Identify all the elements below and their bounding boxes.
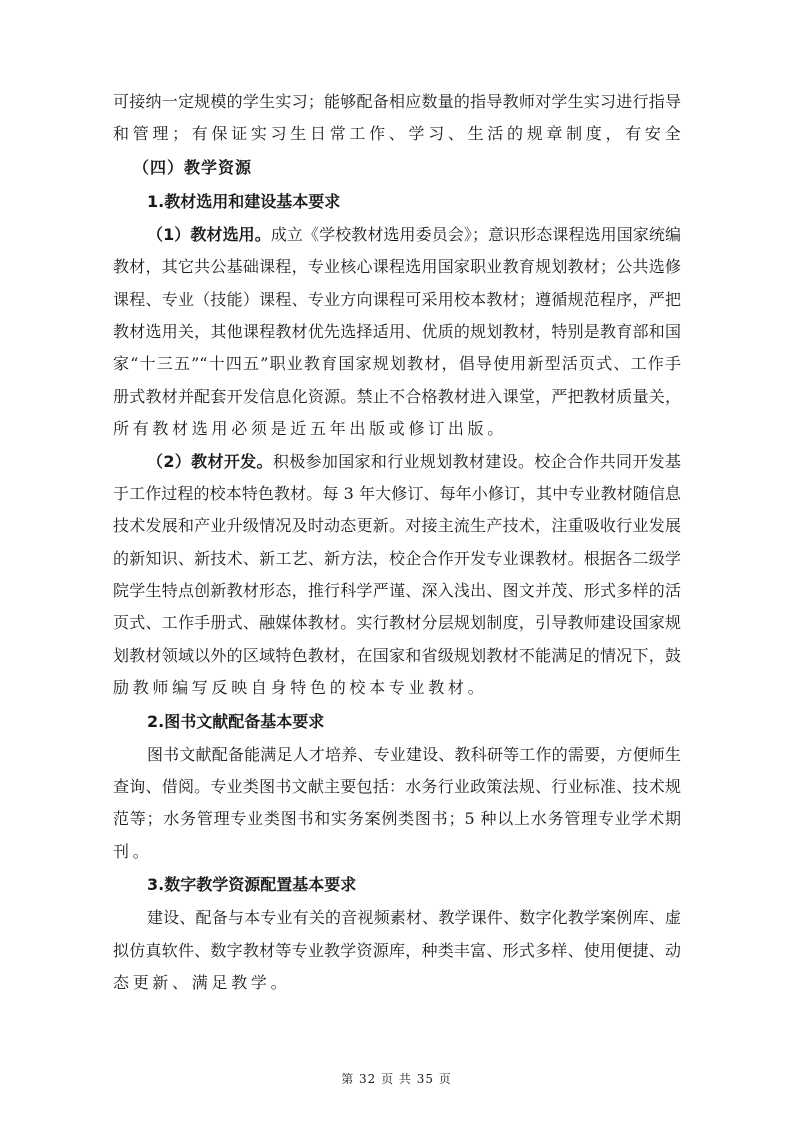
body-text-line: 教材选用关，其他课程教材优先选择适用、优质的规划教材，特别是教育部和国 [113, 316, 681, 348]
body-text-line: 册式教材并配套开发信息化资源。禁止不合格教材进入课堂，严把教材质量关， [113, 381, 681, 413]
document-page: 可接纳一定规模的学生实习；能够配备相应数量的指导教师对学生实习进行指导 和管理；… [113, 86, 681, 999]
page-number-footer: 第 32 页 共 35 页 [0, 1070, 793, 1087]
body-text-line: 和管理；有保证实习生日常工作、学习、生活的规章制度，有安全、保险保障。 [113, 118, 681, 150]
paragraph-first-line: （2）教材开发。积极参加国家和行业规划教材建设。校企合作共同开发基 [113, 446, 681, 478]
body-text-line: 刊。 [113, 836, 681, 868]
subsection-heading-3: 3.数字教学资源配置基本要求 [113, 868, 681, 902]
body-text-line: 课程、专业（技能）课程、专业方向课程可采用校本教材；遵循规范程序，严把 [113, 284, 681, 316]
body-text-line: 技术发展和产业升级情况及时动态更新。对接主流生产技术，注重吸收行业发展 [113, 510, 681, 542]
paragraph-first-line: （1）教材选用。成立《学校教材选用委员会》；意识形态课程选用国家统编 [113, 219, 681, 251]
body-text: 成立《学校教材选用委员会》；意识形态课程选用国家统编 [271, 225, 681, 244]
item-lead-textbook-development: （2）教材开发。 [147, 452, 273, 471]
body-text-line: 的新知识、新技术、新工艺、新方法，校企合作开发专业课教材。根据各二级学 [113, 543, 681, 575]
item-lead-textbook-selection: （1）教材选用。 [147, 225, 271, 244]
body-text-line: 励教师编写反映自身特色的校本专业教材。 [113, 672, 681, 704]
body-text-line: 可接纳一定规模的学生实习；能够配备相应数量的指导教师对学生实习进行指导 [113, 86, 681, 118]
body-text-line: 所有教材选用必须是近五年出版或修订出版。 [113, 413, 681, 445]
subsection-heading-2: 2.图书文献配备基本要求 [113, 705, 681, 739]
body-text-line: 教材，其它共公基础课程，专业核心课程选用国家职业教育规划教材；公共选修 [113, 251, 681, 283]
body-text-line: 查询、借阅。专业类图书文献主要包括：水务行业政策法规、行业标准、技术规 [113, 771, 681, 803]
body-text-line: 范等；水务管理专业类图书和实务案例类图书；5 种以上水务管理专业学术期 [113, 803, 681, 835]
subsection-heading-1: 1.教材选用和建设基本要求 [113, 185, 681, 219]
body-text-line: 院学生特点创新教材形态，推行科学严谨、深入浅出、图文并茂、形式多样的活 [113, 575, 681, 607]
body-text-line: 建设、配备与本专业有关的音视频素材、教学课件、数字化教学案例库、虚 [113, 902, 681, 934]
body-text-line: 页式、工作手册式、融媒体教材。实行教材分层规划制度，引导教师建设国家规 [113, 607, 681, 639]
body-text-line: 图书文献配备能满足人才培养、专业建设、教科研等工作的需要，方便师生 [113, 739, 681, 771]
body-text: 积极参加国家和行业规划教材建设。校企合作共同开发基 [273, 452, 681, 471]
body-text-line: 拟仿真软件、数字教材等专业教学资源库，种类丰富、形式多样、使用便捷、动 [113, 935, 681, 967]
body-text-line: 态更新、满足教学。 [113, 967, 681, 999]
section-heading: （四）教学资源 [113, 151, 681, 185]
body-text-line: 于工作过程的校本特色教材。每 3 年大修订、每年小修订，其中专业教材随信息 [113, 478, 681, 510]
body-text-line: 家“十三五”“十四五”职业教育国家规划教材，倡导使用新型活页式、工作手 [113, 348, 681, 380]
body-text-line: 划教材领域以外的区域特色教材，在国家和省级规划教材不能满足的情况下，鼓 [113, 640, 681, 672]
